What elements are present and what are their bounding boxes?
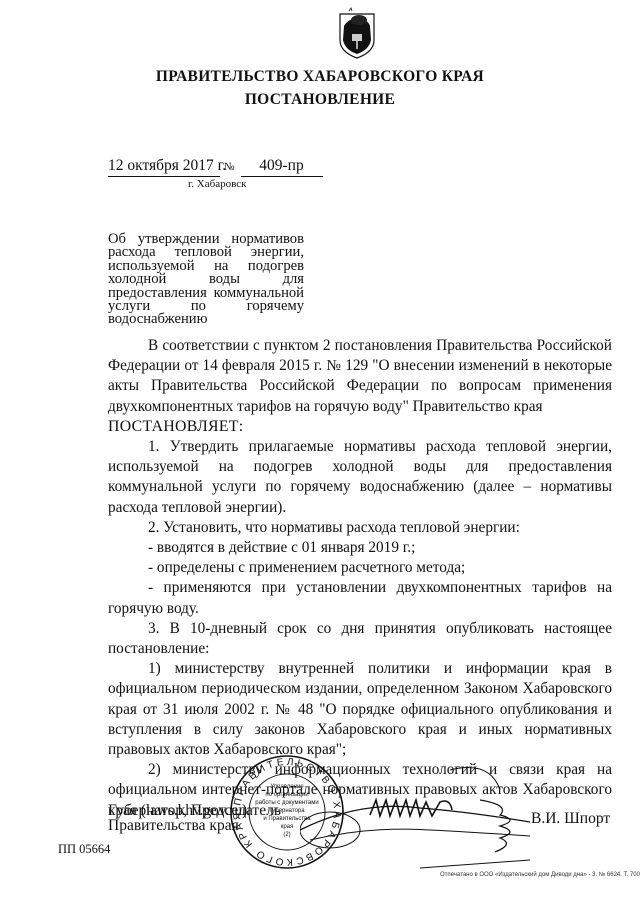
number-label: № [224, 161, 235, 173]
signature-scribble [300, 760, 540, 870]
city: г. Хабаровск [188, 178, 246, 190]
position-line-2: Правительства края [108, 818, 281, 833]
decree-word: ПОСТАНОВЛЯЕТ: [108, 417, 612, 437]
document-code: ПП 05664 [58, 842, 110, 857]
document-type: ПОСТАНОВЛЕНИЕ [0, 91, 640, 109]
document-number: 409-пр [241, 157, 323, 177]
item-2: 2. Установить, что нормативы расхода теп… [108, 518, 612, 538]
item-2-bullet-1: - вводятся в действие с 01 января 2019 г… [108, 538, 612, 558]
svg-text:(2): (2) [283, 832, 290, 838]
item-2-bullet-3: - применяются при установлении двухкомпо… [108, 578, 612, 618]
date-number-line: 12 октября 2017 г.№409-пр [108, 157, 323, 177]
printing-note: Отпечатано в ООО «Издательский дом Дивод… [440, 872, 640, 878]
position-line-1: Губернатор, Председатель [108, 803, 281, 818]
document-date: 12 октября 2017 г. [108, 157, 220, 177]
coat-of-arms-icon [337, 6, 377, 62]
document-body: В соответствии с пунктом 2 постановления… [108, 336, 612, 821]
svg-text:края: края [281, 824, 294, 830]
item-3: 3. В 10-дневный срок со дня принятия опу… [108, 619, 612, 659]
item-1: 1. Утвердить прилагаемые нормативы расхо… [108, 437, 612, 518]
preamble: В соответствии с пунктом 2 постановления… [108, 336, 612, 417]
signatory-position: Губернатор, Председатель Правительства к… [108, 803, 281, 833]
document-subject: Об утверждении нормативов расхода теплов… [108, 233, 304, 327]
item-3-sub-1: 1) министерству внутренней политики и ин… [108, 659, 612, 760]
signatory-name: В.И. Шпорт [531, 810, 610, 828]
government-title: ПРАВИТЕЛЬСТВО ХАБАРОВСКОГО КРАЯ [0, 68, 640, 86]
item-2-bullet-2: - определены с применением расчетного ме… [108, 558, 612, 578]
